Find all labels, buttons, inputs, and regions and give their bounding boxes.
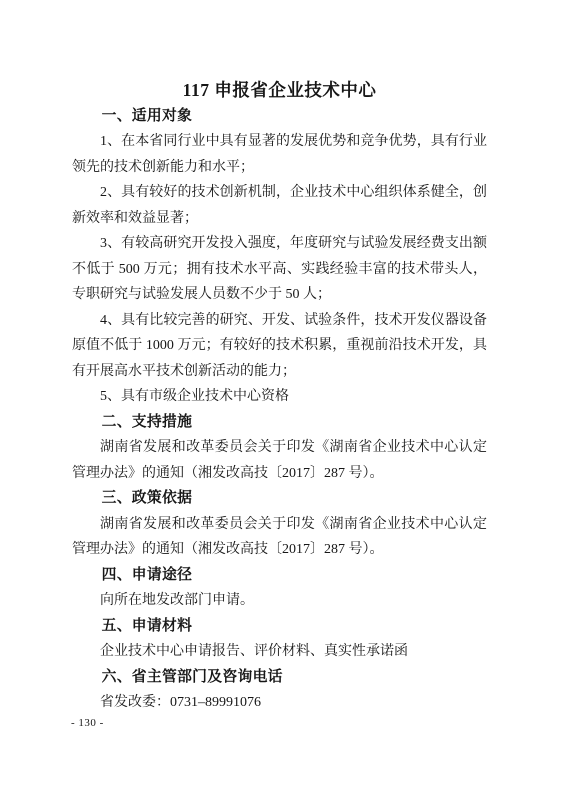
paragraph: 湖南省发展和改革委员会关于印发《湖南省企业技术中心认定管理办法》的通知（湘发改高… <box>72 512 487 563</box>
paragraph: 1、在本省同行业中具有显著的发展优势和竞争优势，具有行业领先的技术创新能力和水平… <box>72 129 487 180</box>
section-heading-support-measures: 二、支持措施 <box>72 410 487 436</box>
page-number: - 130 - <box>71 716 104 730</box>
page-content: 117 申报省企业技术中心 一、适用对象 1、在本省同行业中具有显著的发展优势和… <box>72 78 487 716</box>
section-heading-application-channel: 四、申请途径 <box>72 563 487 589</box>
section-heading-department-phone: 六、省主管部门及咨询电话 <box>72 665 487 691</box>
paragraph: 向所在地发改部门申请。 <box>72 588 487 614</box>
paragraph: 3、有较高研究开发投入强度，年度研究与试验发展经费支出额不低于 500 万元；拥… <box>72 231 487 308</box>
paragraph: 湖南省发展和改革委员会关于印发《湖南省企业技术中心认定管理办法》的通知（湘发改高… <box>72 435 487 486</box>
paragraph: 企业技术中心申请报告、评价材料、真实性承诺函 <box>72 639 487 665</box>
paragraph: 5、具有市级企业技术中心资格 <box>72 384 487 410</box>
page-title: 117 申报省企业技术中心 <box>72 78 487 104</box>
section-heading-policy-basis: 三、政策依据 <box>72 486 487 512</box>
section-heading-applicable-targets: 一、适用对象 <box>72 104 487 130</box>
document-page: 117 申报省企业技术中心 一、适用对象 1、在本省同行业中具有显著的发展优势和… <box>0 0 561 793</box>
paragraph: 4、具有比较完善的研究、开发、试验条件，技术开发仪器设备原值不低于 1000 万… <box>72 308 487 385</box>
section-heading-application-materials: 五、申请材料 <box>72 614 487 640</box>
paragraph: 2、具有较好的技术创新机制，企业技术中心组织体系健全，创新效率和效益显著； <box>72 180 487 231</box>
paragraph-contact-phone: 省发改委：0731–89991076 <box>72 690 487 716</box>
